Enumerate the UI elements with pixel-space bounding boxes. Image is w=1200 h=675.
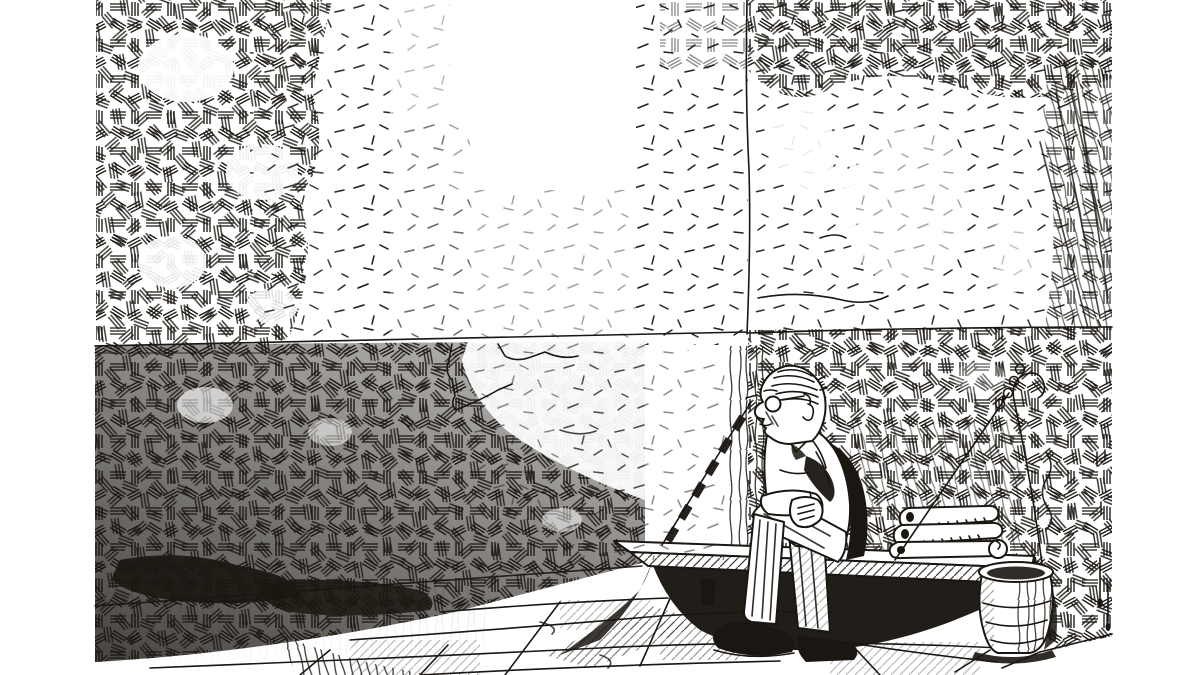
wooden-bucket — [972, 562, 1058, 664]
scattered-dashes — [560, 350, 730, 560]
scattered-dashes — [330, 0, 450, 200]
wall-light-patch — [138, 34, 234, 102]
artwork-canvas — [0, 0, 1200, 675]
scattered-dashes — [340, 190, 640, 340]
bench-leg — [700, 578, 716, 606]
ink-drawing — [0, 0, 1200, 675]
upper-right-wall-hatching — [636, 0, 1112, 345]
glasses-lens — [766, 397, 781, 412]
bedroll — [890, 506, 1007, 558]
bucket-interior — [987, 567, 1045, 580]
